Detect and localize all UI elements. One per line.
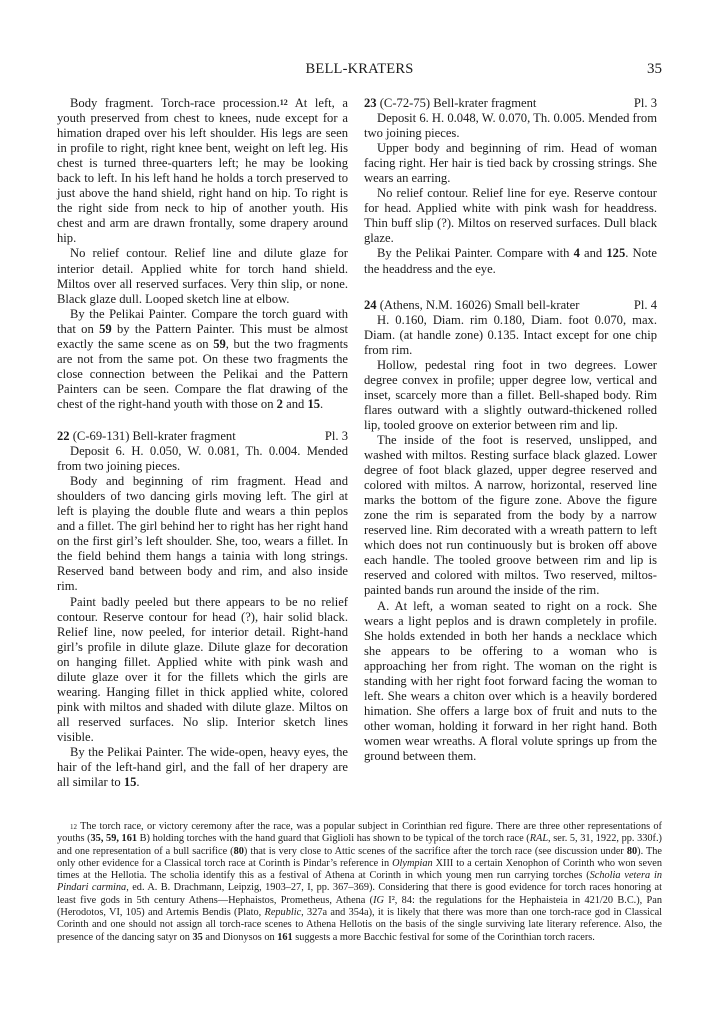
italic-citation: Olympian [392, 858, 433, 869]
catalogue-cross-reference: 15 [124, 775, 137, 789]
footnote-reference[interactable]: 12 [280, 98, 288, 107]
catalogue-cross-reference: 35, 59, 161 [91, 833, 137, 844]
entry-22-description: (C-69-131) Bell-krater fragment [70, 429, 236, 443]
text-run: . [136, 775, 139, 789]
entry-21-continued: Body fragment. Torch-race procession.12 … [57, 96, 348, 412]
running-head-title: BELL-KRATERS [57, 61, 662, 78]
plate-reference: Pl. 3 [634, 96, 657, 111]
catalogue-cross-reference: 59 [213, 337, 226, 351]
entry-24-title: 24 (Athens, N.M. 16026) Small bell-krate… [364, 298, 579, 313]
paragraph: The inside of the foot is reserved, unsl… [364, 433, 657, 599]
catalogue-cross-reference: 59 [99, 322, 112, 336]
text-run: A. At left, a woman seated to right on a… [364, 599, 657, 763]
text-run: By the Pelikai Painter. Compare with [377, 246, 574, 260]
left-column: Body fragment. Torch-race procession.12 … [57, 96, 348, 790]
catalogue-number: 24 [364, 298, 377, 312]
text-run: Hollow, pedestal ring foot in two degree… [364, 358, 657, 432]
paragraph: No relief contour. Relief line and dilut… [57, 246, 348, 306]
text-run: ) that is very close to Attic scenes of … [244, 846, 627, 857]
text-run: B) holding torches with the hand guard t… [137, 833, 530, 844]
page-number: 35 [647, 61, 662, 78]
catalogue-cross-reference: 15 [307, 397, 320, 411]
paragraph: By the Pelikai Painter. Compare with 4 a… [364, 246, 657, 276]
text-run: Paint badly peeled but there appears to … [57, 595, 348, 744]
paragraph: Deposit 6. H. 0.050, W. 0.081, Th. 0.004… [57, 444, 348, 474]
catalogue-cross-reference: 80 [234, 846, 244, 857]
catalogue-cross-reference: 161 [277, 932, 292, 943]
running-head: BELL-KRATERS 35 [57, 61, 662, 81]
paragraph: No relief contour. Relief line for eye. … [364, 186, 657, 246]
catalogue-cross-reference: 35 [193, 932, 203, 943]
text-run: suggests a more Bacchic festival for som… [293, 932, 595, 943]
plate-reference: Pl. 4 [634, 298, 657, 313]
paragraph: H. 0.160, Diam. rim 0.180, Diam. foot 0.… [364, 313, 657, 358]
entry-23-description: (C-72-75) Bell-krater fragment [377, 96, 537, 110]
text-run: By the Pelikai Painter. The wide-open, h… [57, 745, 348, 789]
paragraph: A. At left, a woman seated to right on a… [364, 599, 657, 765]
catalogue-cross-reference: 80 [627, 846, 637, 857]
paragraph: Upper body and beginning of rim. Head of… [364, 141, 657, 186]
footnote-marker: 12 [70, 823, 77, 831]
catalogue-number: 23 [364, 96, 377, 110]
entry-23-body: Deposit 6. H. 0.048, W. 0.070, Th. 0.005… [364, 111, 657, 277]
text-run: Body fragment. Torch-race procession. [70, 96, 280, 110]
catalogue-number: 22 [57, 429, 70, 443]
text-run: Deposit 6. H. 0.050, W. 0.081, Th. 0.004… [57, 444, 348, 473]
entry-24-heading: 24 (Athens, N.M. 16026) Small bell-krate… [364, 298, 657, 313]
paragraph: By the Pelikai Painter. Compare the torc… [57, 307, 348, 412]
entry-22-heading: 22 (C-69-131) Bell-krater fragment Pl. 3 [57, 429, 348, 444]
text-run: Deposit 6. H. 0.048, W. 0.070, Th. 0.005… [364, 111, 657, 140]
plate-reference: Pl. 3 [325, 429, 348, 444]
text-run: . [320, 397, 323, 411]
text-run: and Dionysos on [203, 932, 277, 943]
italic-citation: RAL [530, 833, 548, 844]
entry-23-title: 23 (C-72-75) Bell-krater fragment [364, 96, 536, 111]
entry-24-description: (Athens, N.M. 16026) Small bell-krater [377, 298, 580, 312]
entry-22-title: 22 (C-69-131) Bell-krater fragment [57, 429, 236, 444]
footnote-body: The torch race, or victory ceremony afte… [57, 821, 662, 943]
footnote-12: 12 The torch race, or victory ceremony a… [57, 821, 662, 944]
entry-24-body: H. 0.160, Diam. rim 0.180, Diam. foot 0.… [364, 313, 657, 764]
paragraph: Body fragment. Torch-race procession.12 … [57, 96, 348, 246]
text-run: H. 0.160, Diam. rim 0.180, Diam. foot 0.… [364, 313, 657, 357]
paragraph: Hollow, pedestal ring foot in two degree… [364, 358, 657, 433]
text-run: The inside of the foot is reserved, unsl… [364, 433, 657, 597]
text-run: and [283, 397, 307, 411]
italic-citation: Republic [265, 907, 302, 918]
text-run: No relief contour. Relief line and dilut… [57, 246, 348, 305]
paragraph: By the Pelikai Painter. The wide-open, h… [57, 745, 348, 790]
italic-citation: IG [373, 895, 384, 906]
text-run: Body and beginning of rim fragment. Head… [57, 474, 348, 593]
paragraph: Body and beginning of rim fragment. Head… [57, 474, 348, 594]
text-run: Upper body and beginning of rim. Head of… [364, 141, 657, 185]
paragraph: Deposit 6. H. 0.048, W. 0.070, Th. 0.005… [364, 111, 657, 141]
footnote-text: 12 The torch race, or victory ceremony a… [57, 821, 662, 944]
right-column: 23 (C-72-75) Bell-krater fragment Pl. 3 … [364, 96, 657, 764]
text-run: No relief contour. Relief line for eye. … [364, 186, 657, 245]
text-run: At left, a youth preserved from chest to… [57, 96, 348, 245]
catalogue-cross-reference: 125 [606, 246, 625, 260]
text-run: and [580, 246, 606, 260]
paragraph: Paint badly peeled but there appears to … [57, 595, 348, 745]
entry-22-body: Deposit 6. H. 0.050, W. 0.081, Th. 0.004… [57, 444, 348, 790]
entry-23-heading: 23 (C-72-75) Bell-krater fragment Pl. 3 [364, 96, 657, 111]
